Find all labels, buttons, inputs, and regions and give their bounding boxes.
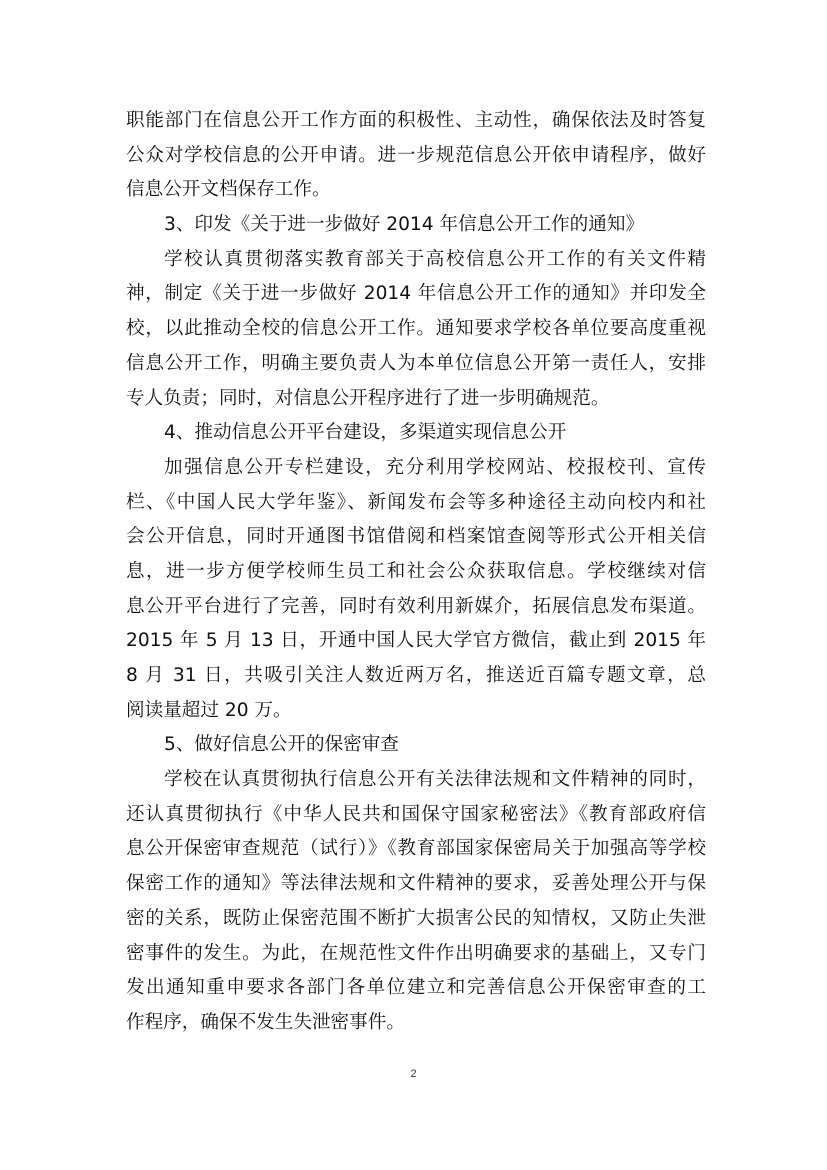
text-line: 密的关系，既防止保密范围不断扩大损害公民的知情权，又防止失泄 [126, 902, 706, 937]
text-line: 专人负责；同时，对信息公开程序进行了进一步明确规范。 [126, 382, 706, 417]
text-line: 息公开保密审查规范（试行）》《教育部国家保密局关于加强高等学校 [126, 832, 706, 867]
text-line: 保密工作的通知》等法律法规和文件精神的要求，妥善处理公开与保 [126, 867, 706, 902]
section-heading: 5、做好信息公开的保密审查 [126, 728, 706, 763]
text-line: 息，进一步方便学校师生员工和社会公众获取信息。学校继续对信 [126, 555, 706, 590]
text-line: 学校认真贯彻落实教育部关于高校信息公开工作的有关文件精 [126, 243, 706, 278]
text-line: 2015 年 5 月 13 日，开通中国人民大学官方微信，截止到 2015 年 [126, 624, 706, 659]
text-line: 还认真贯彻执行《中华人民共和国保守国家秘密法》《教育部政府信 [126, 798, 706, 833]
text-line: 发出通知重申要求各部门各单位建立和完善信息公开保密审查的工 [126, 971, 706, 1006]
text-line: 公众对学校信息的公开申请。进一步规范信息公开依申请程序，做好 [126, 139, 706, 174]
text-line: 校，以此推动全校的信息公开工作。通知要求学校各单位要高度重视 [126, 312, 706, 347]
text-line: 学校在认真贯彻执行信息公开有关法律法规和文件精神的同时， [126, 763, 706, 798]
section-heading: 4、推动信息公开平台建设，多渠道实现信息公开 [126, 416, 706, 451]
text-line: 职能部门在信息公开工作方面的积极性、主动性，确保依法及时答复 [126, 104, 706, 139]
text-line: 信息公开文档保存工作。 [126, 173, 706, 208]
text-line: 会公开信息，同时开通图书馆借阅和档案馆查阅等形式公开相关信 [126, 520, 706, 555]
text-line: 作程序，确保不发生失泄密事件。 [126, 1006, 706, 1041]
body-text: 职能部门在信息公开工作方面的积极性、主动性，确保依法及时答复 公众对学校信息的公… [126, 104, 706, 1041]
text-line: 神，制定《关于进一步做好 2014 年信息公开工作的通知》并印发全 [126, 277, 706, 312]
text-line: 阅读量超过 20 万。 [126, 694, 706, 729]
text-line: 8 月 31 日，共吸引关注人数近两万名，推送近百篇专题文章，总 [126, 659, 706, 694]
section-heading: 3、印发《关于进一步做好 2014 年信息公开工作的通知》 [126, 208, 706, 243]
document-page: 职能部门在信息公开工作方面的积极性、主动性，确保依法及时答复 公众对学校信息的公… [0, 0, 827, 1170]
text-line: 信息公开工作，明确主要负责人为本单位信息公开第一责任人，安排 [126, 347, 706, 382]
text-line: 加强信息公开专栏建设，充分利用学校网站、校报校刊、宣传 [126, 451, 706, 486]
page-number: 2 [0, 1068, 827, 1080]
text-line: 息公开平台进行了完善，同时有效利用新媒介，拓展信息发布渠道。 [126, 590, 706, 625]
text-line: 密事件的发生。为此，在规范性文件作出明确要求的基础上，又专门 [126, 937, 706, 972]
text-line: 栏、《中国人民大学年鉴》、新闻发布会等多种途径主动向校内和社 [126, 486, 706, 521]
